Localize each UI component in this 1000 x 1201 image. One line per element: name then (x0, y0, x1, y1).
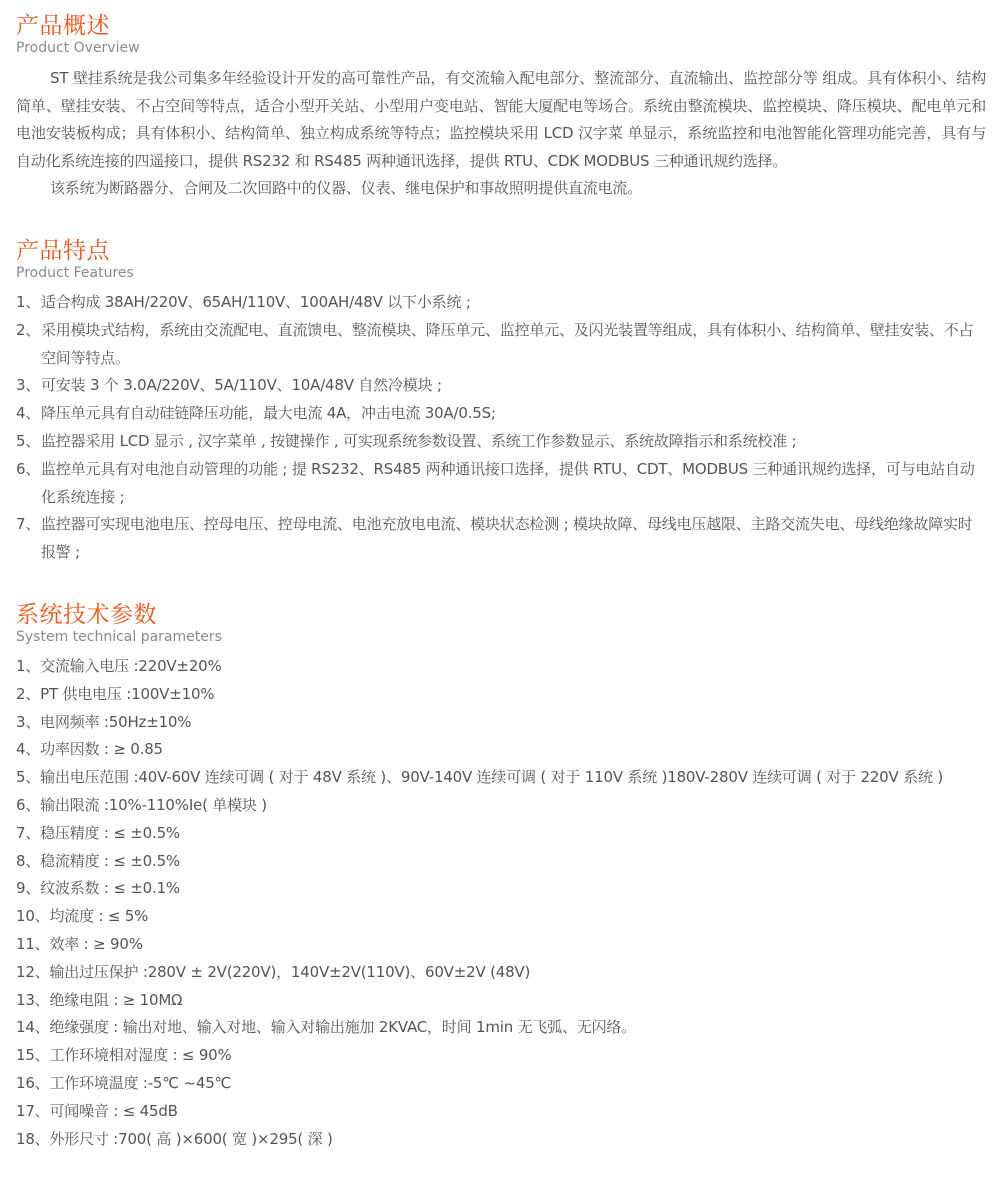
feature-text: 可安装 3 个 3.0A/220V、5A/110V、10A/48V 自然冷模块 … (41, 372, 986, 400)
features-title: 产品特点 (16, 237, 986, 265)
parameter-item: 11、效率 : ≥ 90% (16, 931, 986, 959)
parameters-title: 系统技术参数 (16, 601, 986, 629)
parameter-text: 工作环境温度 :-5℃ ~45℃ (50, 1070, 987, 1098)
feature-item: 4、降压单元具有自动硅链降压功能，最大电流 4A，冲击电流 30A/0.5S; (16, 400, 986, 428)
parameter-text: 稳压精度 : ≤ ±0.5% (40, 820, 986, 848)
parameter-text: 绝缘强度 : 输出对地、输入对地、输入对输出施加 2KVAC，时间 1min 无… (50, 1014, 987, 1042)
parameter-text: 功率因数 : ≥ 0.85 (40, 736, 986, 764)
feature-item: 5、监控器采用 LCD 显示 , 汉字菜单 , 按键操作 , 可实现系统参数设置… (16, 428, 986, 456)
parameter-item: 16、工作环境温度 :-5℃ ~45℃ (16, 1070, 986, 1098)
parameter-item: 3、电网频率 :50Hz±10% (16, 709, 986, 737)
feature-number: 6、 (16, 456, 41, 512)
parameter-number: 16、 (16, 1070, 50, 1098)
overview-section: 产品概述 Product Overview ST 壁挂系统是我公司集多年经验设计… (16, 12, 986, 203)
parameter-item: 1、交流输入电压 :220V±20% (16, 653, 986, 681)
parameter-text: 稳流精度 : ≤ ±0.5% (40, 848, 986, 876)
feature-text: 降压单元具有自动硅链降压功能，最大电流 4A，冲击电流 30A/0.5S; (41, 400, 986, 428)
parameters-subtitle: System technical parameters (16, 629, 986, 645)
feature-item: 7、监控器可实现电池电压、控母电压、控母电流、电池充放电电流、模块状态检测 ; … (16, 511, 986, 567)
parameter-number: 4、 (16, 736, 40, 764)
parameter-number: 14、 (16, 1014, 50, 1042)
parameter-text: 工作环境相对湿度 : ≤ 90% (50, 1042, 987, 1070)
features-list: 1、适合构成 38AH/220V、65AH/110V、100AH/48V 以下小… (16, 289, 986, 567)
parameter-number: 2、 (16, 681, 40, 709)
feature-number: 3、 (16, 372, 41, 400)
parameter-item: 9、纹波系数 : ≤ ±0.1% (16, 875, 986, 903)
parameter-text: 可闻噪音 : ≤ 45dB (50, 1098, 987, 1126)
parameter-text: 纹波系数 : ≤ ±0.1% (40, 875, 986, 903)
parameter-text: PT 供电电压 :100V±10% (40, 681, 986, 709)
parameters-list: 1、交流输入电压 :220V±20% 2、PT 供电电压 :100V±10% 3… (16, 653, 986, 1153)
parameter-number: 3、 (16, 709, 40, 737)
parameter-number: 11、 (16, 931, 50, 959)
feature-number: 1、 (16, 289, 41, 317)
feature-item: 3、可安装 3 个 3.0A/220V、5A/110V、10A/48V 自然冷模… (16, 372, 986, 400)
parameter-item: 14、绝缘强度 : 输出对地、输入对地、输入对输出施加 2KVAC，时间 1mi… (16, 1014, 986, 1042)
parameter-text: 电网频率 :50Hz±10% (40, 709, 986, 737)
parameter-number: 15、 (16, 1042, 50, 1070)
parameter-item: 13、绝缘电阻 : ≥ 10MΩ (16, 987, 986, 1015)
parameter-number: 7、 (16, 820, 40, 848)
parameter-text: 输出限流 :10%-110%Ie( 单模块 ) (40, 792, 986, 820)
parameter-item: 10、均流度 : ≤ 5% (16, 903, 986, 931)
parameter-number: 1、 (16, 653, 40, 681)
parameter-item: 2、PT 供电电压 :100V±10% (16, 681, 986, 709)
parameter-text: 均流度 : ≤ 5% (50, 903, 987, 931)
parameter-text: 交流输入电压 :220V±20% (40, 653, 986, 681)
parameter-number: 17、 (16, 1098, 50, 1126)
feature-item: 6、监控单元具有对电池自动管理的功能 ; 提 RS232、RS485 两种通讯接… (16, 456, 986, 512)
parameter-number: 9、 (16, 875, 40, 903)
feature-text: 监控单元具有对电池自动管理的功能 ; 提 RS232、RS485 两种通讯接口选… (41, 456, 986, 512)
overview-subtitle: Product Overview (16, 40, 986, 56)
parameter-number: 13、 (16, 987, 50, 1015)
overview-title: 产品概述 (16, 12, 986, 40)
parameters-section: 系统技术参数 System technical parameters 1、交流输… (16, 601, 986, 1153)
parameter-item: 12、输出过压保护 :280V ± 2V(220V)，140V±2V(110V)… (16, 959, 986, 987)
parameter-text: 输出过压保护 :280V ± 2V(220V)，140V±2V(110V)、60… (50, 959, 987, 987)
feature-number: 4、 (16, 400, 41, 428)
features-subtitle: Product Features (16, 265, 986, 281)
parameter-number: 12、 (16, 959, 50, 987)
parameter-item: 6、输出限流 :10%-110%Ie( 单模块 ) (16, 792, 986, 820)
parameter-number: 5、 (16, 764, 40, 792)
overview-paragraph-2: 该系统为断路器分、合闸及二次回路中的仪器、仪表、继电保护和事故照明提供直流电流。 (16, 175, 986, 203)
feature-number: 2、 (16, 317, 41, 373)
parameter-item: 8、稳流精度 : ≤ ±0.5% (16, 848, 986, 876)
parameter-number: 6、 (16, 792, 40, 820)
parameter-item: 5、输出电压范围 :40V-60V 连续可调 ( 对于 48V 系统 )、90V… (16, 764, 986, 792)
parameter-item: 18、外形尺寸 :700( 高 )×600( 宽 )×295( 深 ) (16, 1126, 986, 1154)
feature-item: 2、采用模块式结构，系统由交流配电、直流馈电、整流模块、降压单元、监控单元、及闪… (16, 317, 986, 373)
features-section: 产品特点 Product Features 1、适合构成 38AH/220V、6… (16, 237, 986, 567)
feature-text: 监控器采用 LCD 显示 , 汉字菜单 , 按键操作 , 可实现系统参数设置、系… (41, 428, 986, 456)
overview-paragraph-1: ST 壁挂系统是我公司集多年经验设计开发的高可靠性产品，有交流输入配电部分、整流… (16, 65, 986, 175)
parameter-number: 8、 (16, 848, 40, 876)
parameter-item: 7、稳压精度 : ≤ ±0.5% (16, 820, 986, 848)
parameter-number: 10、 (16, 903, 50, 931)
parameter-text: 绝缘电阻 : ≥ 10MΩ (50, 987, 987, 1015)
feature-text: 适合构成 38AH/220V、65AH/110V、100AH/48V 以下小系统… (41, 289, 986, 317)
feature-text: 监控器可实现电池电压、控母电压、控母电流、电池充放电电流、模块状态检测 ; 模块… (41, 511, 986, 567)
parameter-text: 外形尺寸 :700( 高 )×600( 宽 )×295( 深 ) (50, 1126, 987, 1154)
parameter-item: 15、工作环境相对湿度 : ≤ 90% (16, 1042, 986, 1070)
parameter-item: 4、功率因数 : ≥ 0.85 (16, 736, 986, 764)
parameter-text: 输出电压范围 :40V-60V 连续可调 ( 对于 48V 系统 )、90V-1… (40, 764, 986, 792)
feature-text: 采用模块式结构，系统由交流配电、直流馈电、整流模块、降压单元、监控单元、及闪光装… (41, 317, 986, 373)
feature-item: 1、适合构成 38AH/220V、65AH/110V、100AH/48V 以下小… (16, 289, 986, 317)
parameter-text: 效率 : ≥ 90% (50, 931, 987, 959)
parameter-number: 18、 (16, 1126, 50, 1154)
feature-number: 7、 (16, 511, 41, 567)
feature-number: 5、 (16, 428, 41, 456)
parameter-item: 17、可闻噪音 : ≤ 45dB (16, 1098, 986, 1126)
